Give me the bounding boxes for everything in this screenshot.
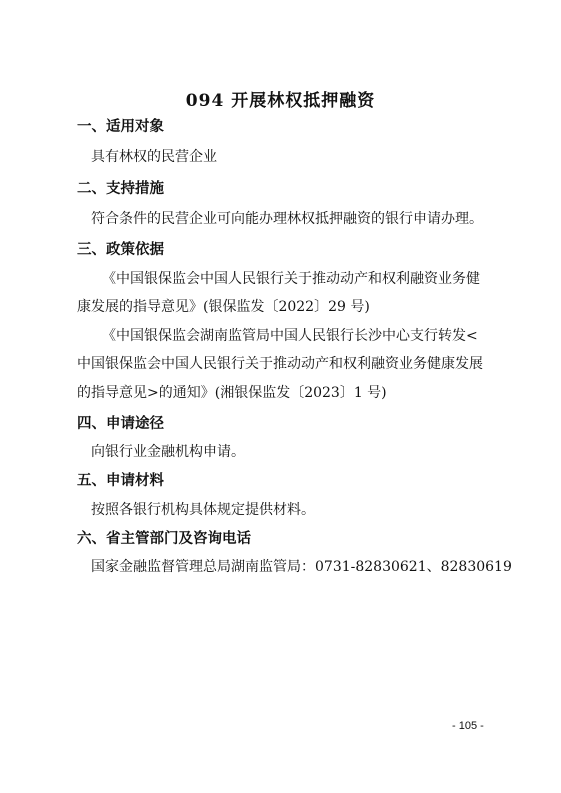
section-body-channel: 向银行业金融机构申请。 <box>91 441 245 461</box>
section-body-materials: 按照各银行机构具体规定提供材料。 <box>91 499 315 519</box>
section-body-basis-line: 《中国银保监会湖南监管局中国人民银行长沙中心支行转发< <box>102 325 478 345</box>
section-body-measures: 符合条件的民营企业可向能办理林权抵押融资的银行申请办理。 <box>91 208 483 228</box>
section-body-basis-line: 中国银保监会中国人民银行关于推动动产和权利融资业务健康发展 <box>77 353 483 373</box>
section-body-contact: 国家金融监督管理总局湖南监管局：0731-82830621、82830619 <box>91 556 512 576</box>
page-number: - 105 - <box>452 720 484 732</box>
section-heading-applicable: 一、适用对象 <box>77 115 164 136</box>
section-body-basis-line: 康发展的指导意见》(银保监发〔2022〕29 号) <box>77 296 370 316</box>
section-heading-contact: 六、省主管部门及咨询电话 <box>77 527 251 548</box>
document-title: 094 开展林权抵押融资 <box>0 86 561 111</box>
section-heading-materials: 五、申请材料 <box>77 469 164 490</box>
section-body-basis-line: 《中国银保监会中国人民银行关于推动动产和权利融资业务健 <box>102 268 480 288</box>
section-heading-basis: 三、政策依据 <box>77 238 164 259</box>
section-heading-channel: 四、申请途径 <box>77 412 164 433</box>
section-body-applicable: 具有林权的民营企业 <box>91 146 217 166</box>
section-heading-measures: 二、支持措施 <box>77 177 164 198</box>
section-body-basis-line: 的指导意见>的通知》(湘银保监发〔2023〕1 号) <box>77 382 387 402</box>
